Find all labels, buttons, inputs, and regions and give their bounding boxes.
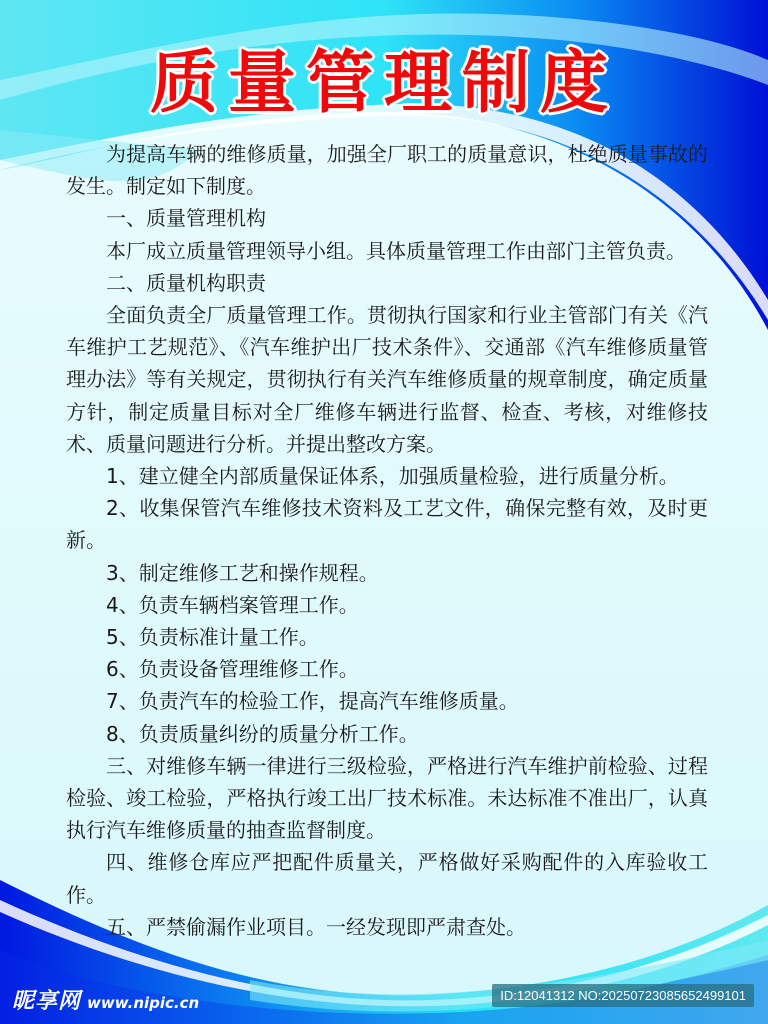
section-5: 五、严禁偷漏作业项目。一经发现即严肃查处。 <box>66 911 708 943</box>
section-1-body: 本厂成立质量管理领导小组。具体质量管理工作由部门主管负责。 <box>66 235 708 267</box>
duty-item-3: 3、制定维修工艺和操作规程。 <box>66 557 708 589</box>
duty-item-4: 4、负责车辆档案管理工作。 <box>66 589 708 621</box>
policy-body: 为提高车辆的维修质量，加强全厂职工的质量意识，杜绝质量事故的发生。制定如下制度。… <box>66 138 708 943</box>
watermark-id-badge: ID:12041312 NO:20250723085652499101 <box>492 984 754 1007</box>
duty-item-2: 2、收集保管汽车维修技术资料及工艺文件，确保完整有效，及时更新。 <box>66 492 708 556</box>
duty-item-6: 6、负责设备管理维修工作。 <box>66 653 708 685</box>
watermark-site-url: www.nipic.cn <box>87 994 199 1012</box>
duty-item-8: 8、负责质量纠纷的质量分析工作。 <box>66 718 708 750</box>
watermark-site-name: 昵享网 <box>12 984 81 1015</box>
duty-item-5: 5、负责标准计量工作。 <box>66 621 708 653</box>
duty-item-1: 1、建立健全内部质量保证体系，加强质量检验，进行质量分析。 <box>66 460 708 492</box>
section-2-body: 全面负责全厂质量管理工作。贯彻执行国家和行业主管部门有关《汽车维护工艺规范》、《… <box>66 299 708 460</box>
section-4: 四、维修仓库应严把配件质量关，严格做好采购配件的入库验收工作。 <box>66 846 708 910</box>
section-3: 三、对维修车辆一律进行三级检验，严格进行汽车维护前检验、过程检验、竣工检验，严格… <box>66 750 708 847</box>
section-2-heading: 二、质量机构职责 <box>66 267 708 299</box>
intro-paragraph: 为提高车辆的维修质量，加强全厂职工的质量意识，杜绝质量事故的发生。制定如下制度。 <box>66 138 708 202</box>
section-1-heading: 一、质量管理机构 <box>66 202 708 234</box>
page-title: 质量管理制度 <box>0 36 768 132</box>
duty-item-7: 7、负责汽车的检验工作，提高汽车维修质量。 <box>66 685 708 717</box>
watermark-logo: 昵享网 www.nipic.cn <box>12 984 199 1015</box>
